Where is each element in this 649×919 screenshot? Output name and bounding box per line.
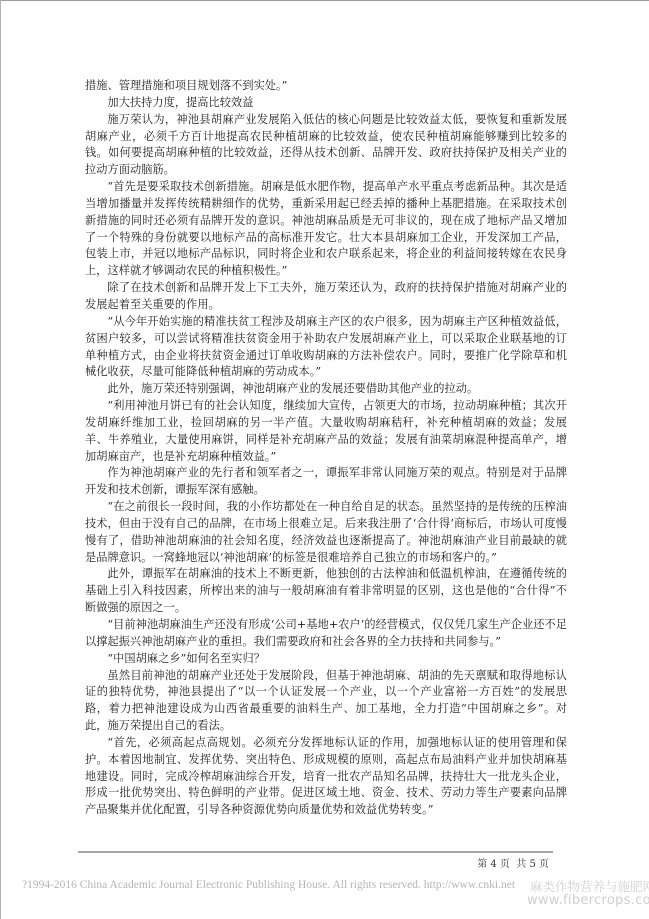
paragraph: 施万荣认为，神池县胡麻产业发展陷入低估的核心问题是比较效益太低，要恢复和重新发展… [85, 112, 567, 179]
copyright-notice: ?1994-2016 China Academic Journal Electr… [22, 879, 515, 891]
page-number: 第 4 页 共 5 页 [477, 855, 549, 870]
watermark-url: www.fibercrops.com [527, 893, 649, 908]
paragraph: 作为神池胡麻产业的先行者和领军者之一，谭振军非常认同施万荣的观点。特别是对于品牌… [85, 465, 567, 499]
paragraph: 虽然目前神池的胡麻产业还处于发展阶段，但基于神池胡麻、胡油的先天禀赋和取得地标认… [85, 668, 567, 735]
paragraph: 措施、管理措施和项目规划落不到实处。” [85, 78, 567, 95]
paragraph: “首先，必须高起点高规划。必须充分发挥地标认证的作用，加强地标认证的使用管理和保… [85, 735, 567, 819]
paragraph: “利用神池月饼已有的社会认知度，继续加大宣传，占领更大的市场，拉动胡麻种植；其次… [85, 398, 567, 465]
article-body: 措施、管理措施和项目规划落不到实处。” 加大扶持力度，提高比较效益 施万荣认为，… [85, 78, 567, 819]
page-border-top [0, 0, 649, 1]
paragraph: “从今年开始实施的精准扶贫工程涉及胡麻主产区的农户很多，因为胡麻主产区种植效益低… [85, 314, 567, 381]
paragraph: 此外，谭振军在胡麻油的技术上不断更新，他独创的古法榨油和低温机榨油，在遵循传统的… [85, 566, 567, 617]
paragraph: “在之前很长一段时间，我的小作坊都处在一种自给自足的状态。虽然坚持的是传统的压榨… [85, 499, 567, 566]
footer-rule [78, 851, 553, 853]
page-border-left [0, 0, 1, 919]
paragraph: 除了在技术创新和品牌开发上下工夫外，施万荣还认为，政府的扶持保护措施对胡麻产业的… [85, 280, 567, 314]
paragraph: 此外，施万荣还特别强调，神池胡麻产业的发展还要借助其他产业的拉动。 [85, 381, 567, 398]
section-heading: 加大扶持力度，提高比较效益 [85, 95, 567, 112]
paragraph: “目前神池胡麻油生产还没有形成‘公司+基地+农户’的经营模式，仅仅凭几家生产企业… [85, 617, 567, 651]
section-heading: “中国胡麻之乡”如何名至实归？ [85, 651, 567, 668]
paragraph: “首先是要采取技术创新措施。胡麻是低水肥作物，提高单产水平重点考虑新品种。其次是… [85, 179, 567, 280]
